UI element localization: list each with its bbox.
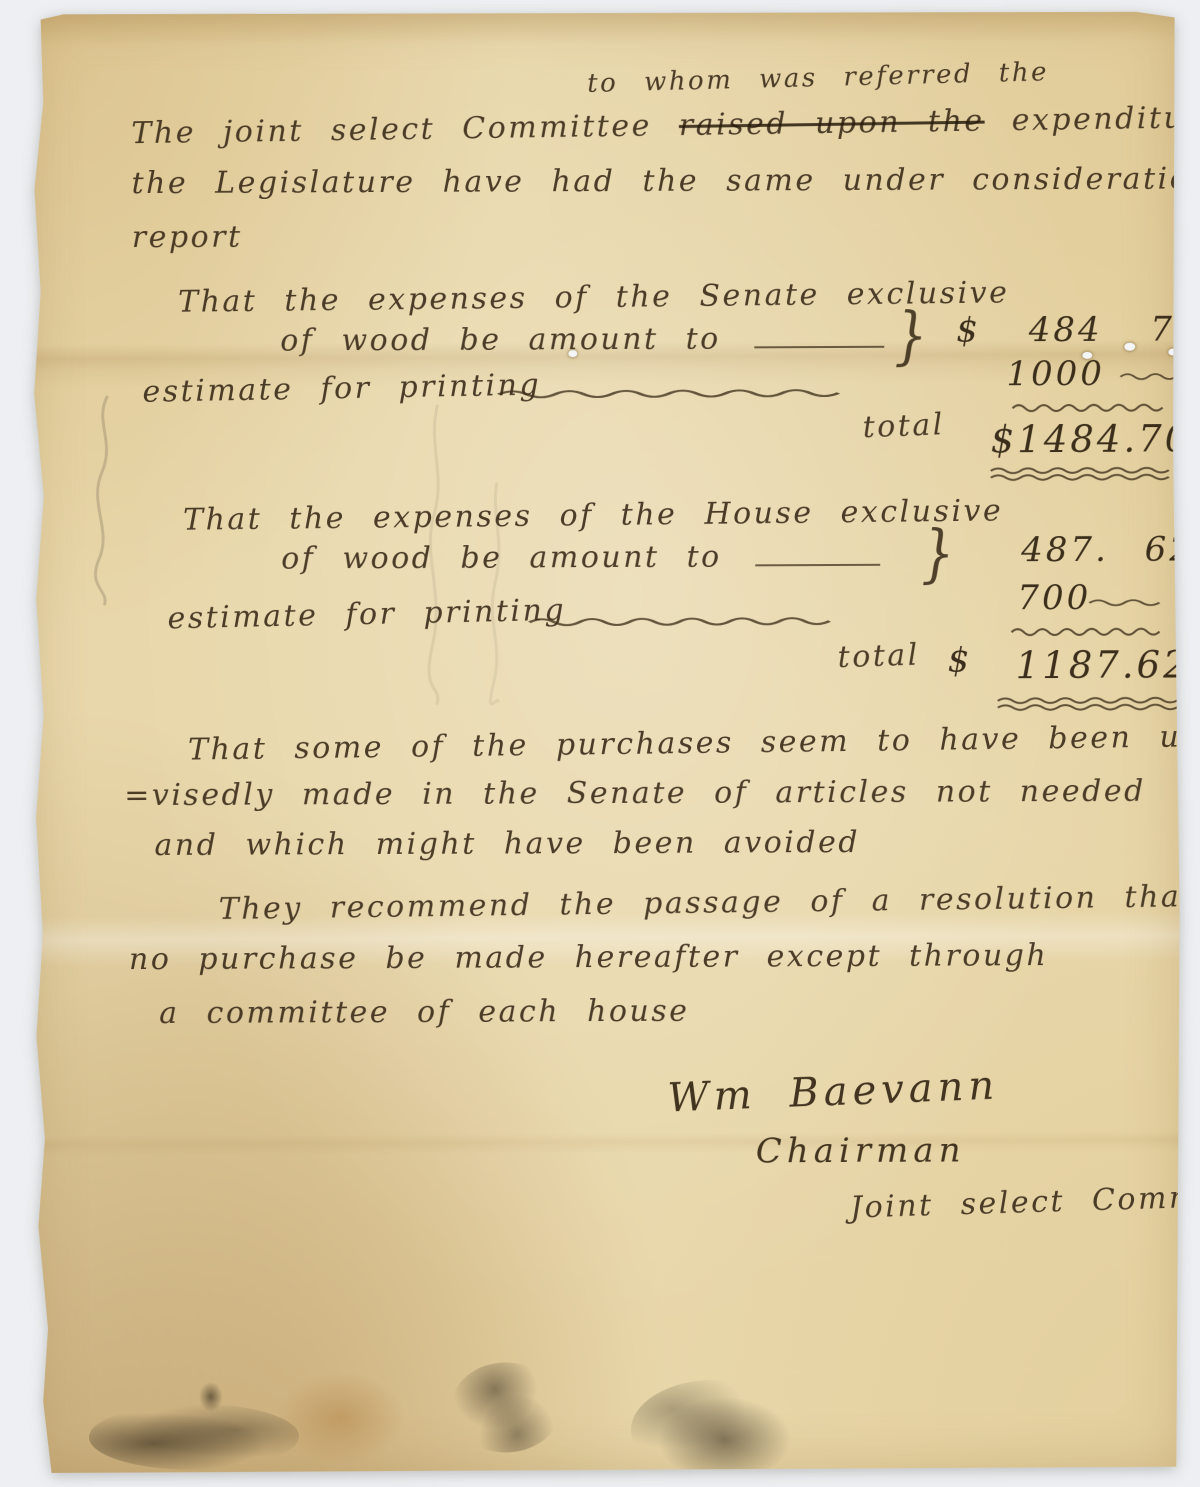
- squiggle-fill-line: [529, 615, 829, 628]
- recommendation-paragraph-line-3: a committee of each house: [159, 994, 689, 1031]
- underline-squiggle: [1013, 402, 1163, 415]
- ink-blot: [89, 1403, 299, 1470]
- ditto-squiggle: [1120, 372, 1176, 382]
- interlineation-text: to whom was referred the: [587, 57, 1049, 99]
- opening-line-2: the Legislature have had the same under …: [131, 161, 1200, 201]
- senate-estimate-label: estimate for printing: [142, 367, 541, 409]
- signature-name: Wm Baevann: [667, 1063, 1000, 1122]
- recommendation-paragraph-line-1: They recommend the passage of a resoluti…: [219, 879, 1197, 927]
- opening-line-1-start: The joint select Committee: [131, 108, 652, 151]
- purchases-paragraph-line-2: =visedly made in the Senate of articles …: [124, 774, 1146, 813]
- senate-expense-line-2: of wood be amount to: [280, 321, 890, 359]
- ink-blot: [451, 1362, 561, 1452]
- purchases-paragraph-line-1: That some of the purchases seem to have …: [188, 718, 1200, 767]
- pencil-bleedthrough: [417, 405, 458, 705]
- senate-estimate-amount: 1000: [1006, 354, 1105, 394]
- senate-expense-line-1: That the expenses of the Senate exclusiv…: [178, 275, 1010, 319]
- signature-committee: Joint select Committee: [850, 1177, 1200, 1225]
- opening-line-3: report: [132, 220, 243, 255]
- house-expense-line-1: That the expenses of the House exclusive: [183, 493, 1004, 537]
- house-total-label: total: [837, 638, 920, 675]
- double-underline-squiggle: [998, 696, 1178, 713]
- struck-text: raised upon the: [679, 104, 985, 144]
- squiggle-fill-line: [498, 387, 838, 400]
- paper-sheet: to whom was referred the The joint selec…: [27, 9, 1183, 1474]
- opening-line-1-end: expenditures of: [1011, 99, 1200, 138]
- manuscript-page: to whom was referred the The joint selec…: [27, 9, 1183, 1474]
- worm-hole: [1082, 352, 1092, 359]
- ditto-squiggle: [1089, 598, 1159, 608]
- purchases-paragraph-line-3: and which might have been avoided: [154, 825, 860, 863]
- account-brace: }: [894, 301, 927, 373]
- double-underline-squiggle: [991, 466, 1169, 483]
- rust-stain: [271, 1368, 411, 1469]
- house-total-currency: $: [948, 640, 973, 680]
- house-estimate-amount: 700: [1017, 578, 1091, 618]
- senate-total-amount: $1484.70: [991, 417, 1192, 461]
- worm-hole: [1168, 348, 1177, 355]
- account-brace: }: [921, 518, 954, 590]
- house-expense-line-2: of wood be amount to: [281, 539, 886, 577]
- senate-total-label: total: [862, 407, 945, 445]
- pencil-marginalia: [76, 392, 133, 607]
- opening-line-1: The joint select Committee raised upon t…: [131, 99, 1200, 151]
- senate-amount: $ 484 70: [956, 309, 1200, 350]
- house-amount: 487. 62: [1021, 529, 1194, 570]
- ink-speck: [199, 1382, 223, 1412]
- underline-squiggle: [1011, 626, 1159, 639]
- worm-hole: [1124, 343, 1135, 351]
- signature-title: Chairman: [756, 1130, 966, 1171]
- recommendation-paragraph-line-2: no purchase be made hereafter except thr…: [129, 938, 1048, 977]
- ink-blot: [631, 1379, 801, 1480]
- house-total-amount: 1187.62: [1016, 643, 1190, 687]
- senate-expense-line-2-text: of wood be amount to: [280, 321, 721, 358]
- fill-rule: [755, 560, 880, 567]
- worm-hole: [568, 350, 577, 357]
- pencil-bleedthrough: [481, 482, 516, 702]
- fill-rule: [754, 342, 884, 349]
